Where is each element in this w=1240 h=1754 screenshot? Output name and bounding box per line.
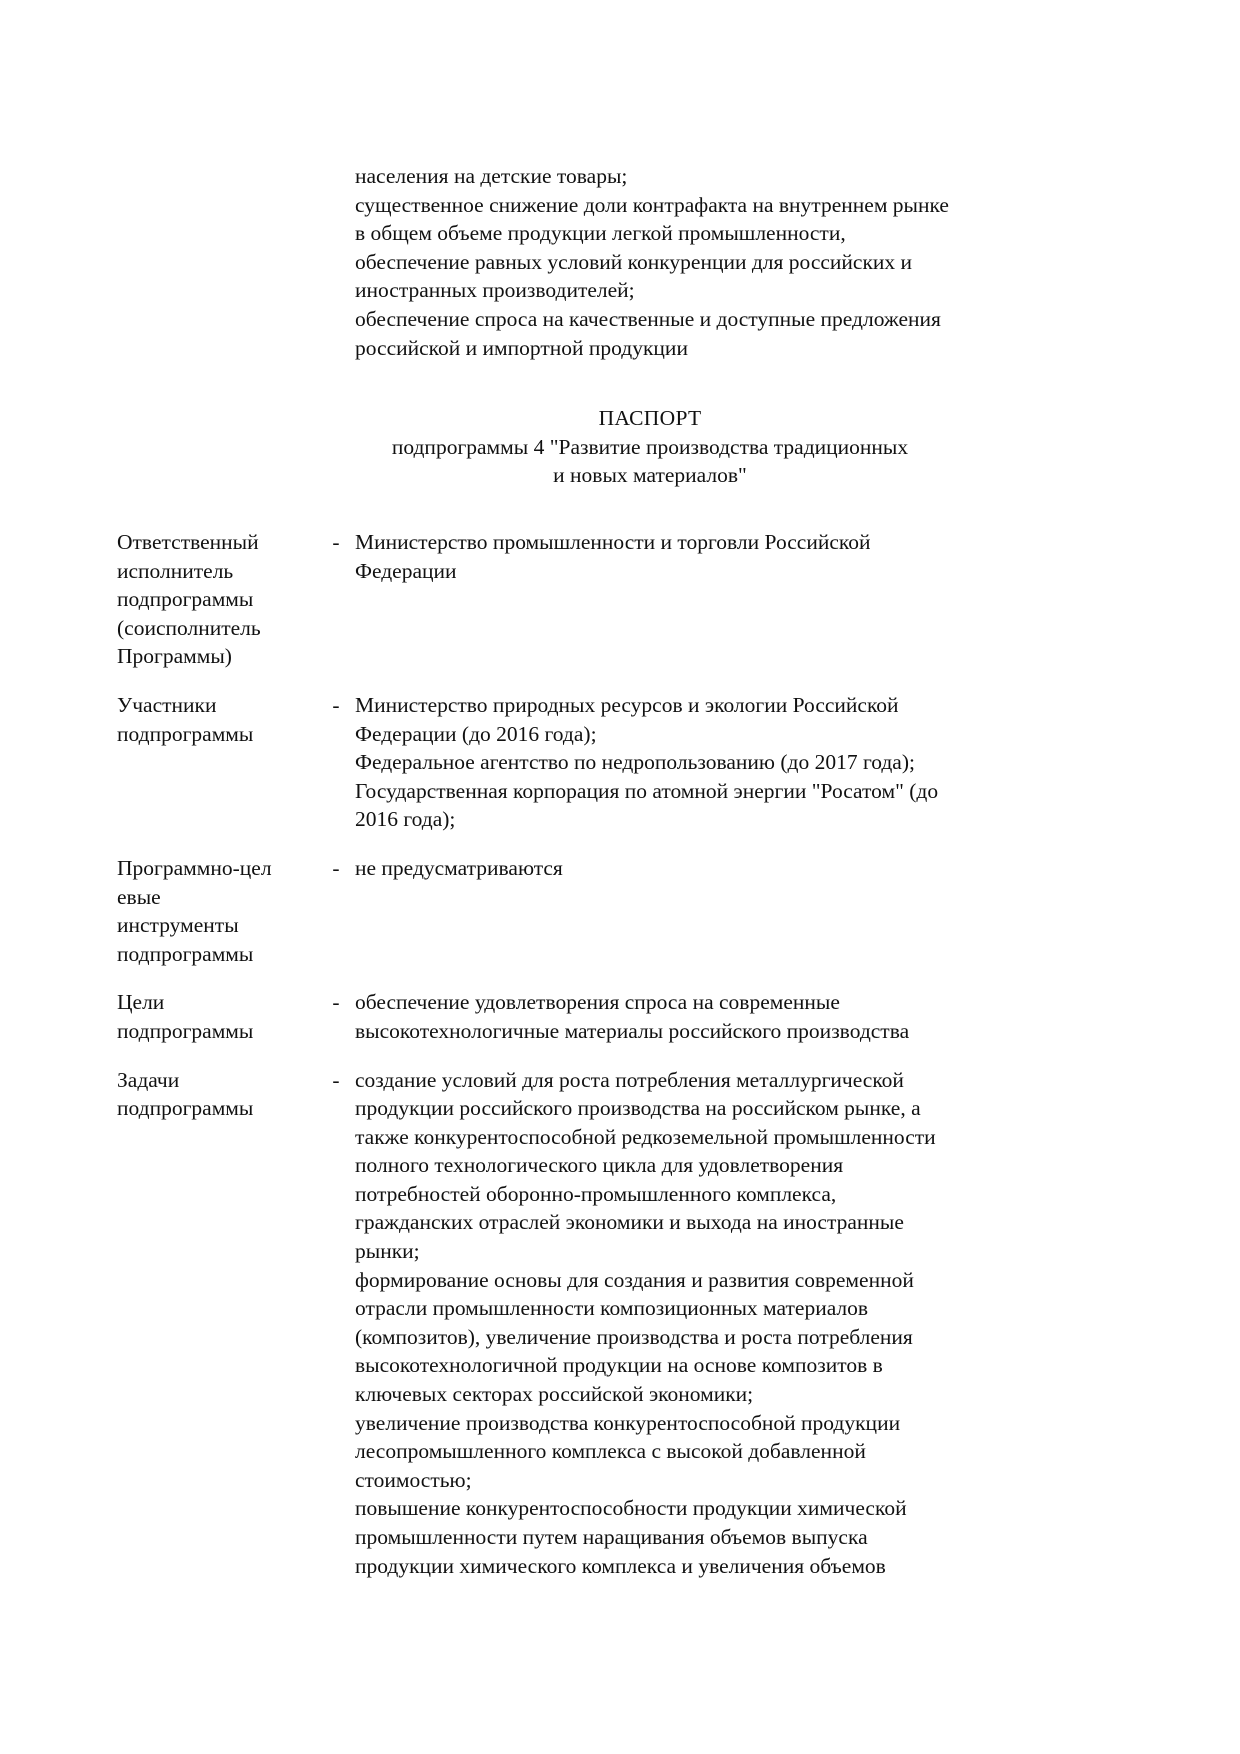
intro-line: в общем объеме продукции легкой промышле…	[355, 219, 1075, 248]
intro-line: иностранных производителей;	[355, 276, 1075, 305]
value-line: полного технологического цикла для удовл…	[355, 1151, 1077, 1180]
value-line: ключевых секторах российской экономики;	[355, 1380, 1077, 1409]
label-line: Цели	[117, 988, 317, 1017]
value-line: (композитов), увеличение производства и …	[355, 1323, 1077, 1352]
passport-heading: ПАСПОРТ подпрограммы 4 "Развитие произво…	[340, 404, 960, 490]
value-line: продукции российского производства на ро…	[355, 1094, 1077, 1123]
passport-table: Ответственный исполнитель подпрограммы (…	[117, 528, 1077, 1580]
label-line: подпрограммы	[117, 1094, 317, 1123]
value-line: создание условий для роста потребления м…	[355, 1066, 1077, 1095]
passport-subtitle-line: и новых материалов"	[340, 461, 960, 490]
value-line: промышленности путем наращивания объемов…	[355, 1523, 1077, 1552]
value-line: лесопромышленного комплекса с высокой до…	[355, 1437, 1077, 1466]
row-value: Министерство природных ресурсов и эколог…	[355, 691, 1077, 834]
value-line: рынки;	[355, 1237, 1077, 1266]
label-line: инструменты	[117, 911, 317, 940]
value-line: отрасли промышленности композиционных ма…	[355, 1294, 1077, 1323]
row-label: Задачи подпрограммы	[117, 1066, 317, 1123]
label-line: подпрограммы	[117, 1017, 317, 1046]
value-line: Министерство промышленности и торговли Р…	[355, 528, 1077, 557]
label-line: подпрограммы	[117, 940, 317, 969]
row-label: Участники подпрограммы	[117, 691, 317, 748]
intro-line: обеспечение спроса на качественные и дос…	[355, 305, 1075, 334]
label-line: Программы)	[117, 642, 317, 671]
row-separator: -	[317, 1066, 355, 1095]
value-line: потребностей оборонно-промышленного комп…	[355, 1180, 1077, 1209]
label-line: исполнитель	[117, 557, 317, 586]
row-separator: -	[317, 988, 355, 1017]
label-line: Задачи	[117, 1066, 317, 1095]
value-line: стоимостью;	[355, 1466, 1077, 1495]
value-line: Министерство природных ресурсов и эколог…	[355, 691, 1077, 720]
value-line: продукции химического комплекса и увелич…	[355, 1552, 1077, 1581]
intro-line: обеспечение равных условий конкуренции д…	[355, 248, 1075, 277]
row-value: Министерство промышленности и торговли Р…	[355, 528, 1077, 585]
value-line: не предусматриваются	[355, 854, 1077, 883]
row-label: Ответственный исполнитель подпрограммы (…	[117, 528, 317, 671]
document-page: населения на детские товары; существенно…	[0, 0, 1240, 1754]
label-line: подпрограммы	[117, 720, 317, 749]
label-line: (соисполнитель	[117, 614, 317, 643]
passport-row-goals: Цели подпрограммы - обеспечение удовлетв…	[117, 988, 1077, 1045]
passport-title: ПАСПОРТ	[340, 404, 960, 433]
value-line: высокотехнологичной продукции на основе …	[355, 1351, 1077, 1380]
label-line: Участники	[117, 691, 317, 720]
value-line: гражданских отраслей экономики и выхода …	[355, 1208, 1077, 1237]
intro-line: населения на детские товары;	[355, 162, 1075, 191]
row-value: создание условий для роста потребления м…	[355, 1066, 1077, 1581]
intro-line: существенное снижение доли контрафакта н…	[355, 191, 1075, 220]
passport-row-instruments: Программно-цел евые инструменты подпрогр…	[117, 854, 1077, 968]
intro-continuation-text: населения на детские товары; существенно…	[355, 162, 1075, 362]
value-line: обеспечение удовлетворения спроса на сов…	[355, 988, 1077, 1017]
value-line: Федерации (до 2016 года);	[355, 720, 1077, 749]
value-line: формирование основы для создания и разви…	[355, 1266, 1077, 1295]
label-line: евые	[117, 883, 317, 912]
passport-row-tasks: Задачи подпрограммы - создание условий д…	[117, 1066, 1077, 1581]
passport-row-participants: Участники подпрограммы - Министерство пр…	[117, 691, 1077, 834]
label-line: подпрограммы	[117, 585, 317, 614]
value-line: 2016 года);	[355, 805, 1077, 834]
value-line: высокотехнологичные материалы российског…	[355, 1017, 1077, 1046]
label-line: Программно-цел	[117, 854, 317, 883]
row-label: Цели подпрограммы	[117, 988, 317, 1045]
value-line: увеличение производства конкурентоспособ…	[355, 1409, 1077, 1438]
row-separator: -	[317, 528, 355, 557]
label-line: Ответственный	[117, 528, 317, 557]
passport-row-responsible-executor: Ответственный исполнитель подпрограммы (…	[117, 528, 1077, 671]
value-line: Государственная корпорация по атомной эн…	[355, 777, 1077, 806]
value-line: Федерации	[355, 557, 1077, 586]
value-line: также конкурентоспособной редкоземельной…	[355, 1123, 1077, 1152]
row-separator: -	[317, 691, 355, 720]
value-line: повышение конкурентоспособности продукци…	[355, 1494, 1077, 1523]
value-line: Федеральное агентство по недропользовани…	[355, 748, 1077, 777]
passport-subtitle-line: подпрограммы 4 "Развитие производства тр…	[340, 433, 960, 462]
row-separator: -	[317, 854, 355, 883]
row-value: обеспечение удовлетворения спроса на сов…	[355, 988, 1077, 1045]
row-label: Программно-цел евые инструменты подпрогр…	[117, 854, 317, 968]
row-value: не предусматриваются	[355, 854, 1077, 883]
intro-line: российской и импортной продукции	[355, 334, 1075, 363]
